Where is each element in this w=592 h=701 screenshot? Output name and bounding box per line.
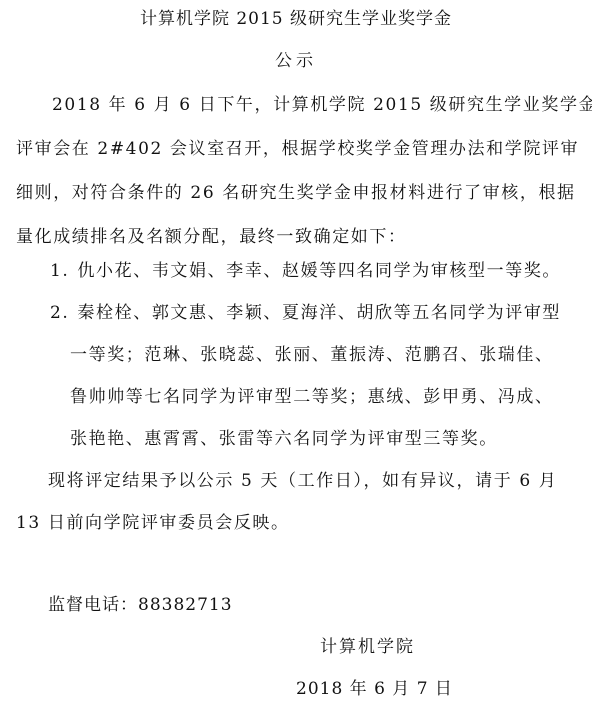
result-text: 仇小花、韦文娟、李幸、赵媛等四名同学为审核型一等奖。 bbox=[77, 261, 561, 281]
list-number: 1. bbox=[50, 261, 69, 281]
document-subtitle: 公示 bbox=[0, 50, 592, 72]
list-number: 2. bbox=[50, 303, 69, 323]
supervision-phone: 监督电话：88382713 bbox=[48, 594, 233, 616]
result-text: 秦栓栓、郭文惠、李颖、夏海洋、胡欣等五名同学为评审型 bbox=[77, 303, 561, 323]
document-title: 计算机学院 2015 级研究生学业奖学金 bbox=[0, 8, 592, 30]
intro-line: 量化成绩排名及名额分配，最终一致确定如下： bbox=[16, 226, 407, 248]
intro-line: 细则，对符合条件的 26 名研究生奖学金申报材料进行了审核，根据 bbox=[16, 182, 576, 204]
notice-line: 13 日前向学院评审委员会反映。 bbox=[16, 512, 290, 534]
result-item-1: 1.仇小花、韦文娟、李幸、赵媛等四名同学为审核型一等奖。 bbox=[50, 260, 561, 282]
signature-date: 2018 年 6 月 7 日 bbox=[296, 678, 453, 700]
intro-line: 2018 年 6 月 6 日下午，计算机学院 2015 级研究生学业奖学金 bbox=[52, 94, 592, 116]
result-item-2: 2.秦栓栓、郭文惠、李颖、夏海洋、胡欣等五名同学为评审型 bbox=[50, 302, 561, 324]
notice-line: 现将评定结果予以公示 5 天（工作日），如有异议，请于 6 月 bbox=[48, 470, 557, 492]
result-item-2-continued: 鲁帅帅等七名同学为评审型二等奖；惠绒、彭甲勇、冯成、 bbox=[70, 386, 554, 408]
signature-organization: 计算机学院 bbox=[320, 636, 415, 658]
result-item-2-continued: 一等奖；范琳、张晓蕊、张丽、董振涛、范鹏召、张瑞佳、 bbox=[70, 344, 554, 366]
intro-line: 评审会在 2#402 会议室召开，根据学校奖学金管理办法和学院评审 bbox=[16, 138, 579, 160]
result-item-2-continued: 张艳艳、惠霄霄、张雷等六名同学为评审型三等奖。 bbox=[70, 428, 498, 450]
